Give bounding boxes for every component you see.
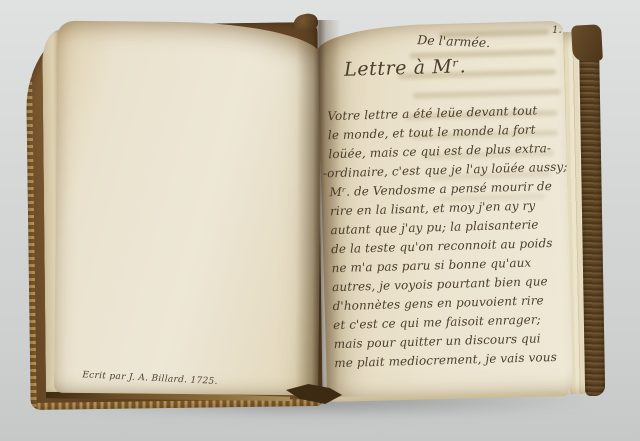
manuscript-body: Votre lettre a été leüe devant toutle mo… (327, 101, 572, 374)
page-number: 1. (552, 25, 562, 36)
right-manuscript-page: 1. De l'armée. Lettre à Mʳ. Votre lettre… (317, 21, 573, 398)
bleedthrough-text (413, 89, 561, 99)
ownership-inscription: Ecrit par J. A. Billard. 1725. (82, 370, 218, 387)
letter-title: Lettre à Mʳ. (344, 55, 467, 80)
fore-edge-top-corner (571, 24, 603, 62)
photo-open-manuscript-book: Ecrit par J. A. Billard. 1725. 1. De l'a… (0, 0, 640, 441)
left-blank-page: Ecrit par J. A. Billard. 1725. (54, 21, 322, 396)
page-header: De l'armée. (417, 32, 490, 50)
